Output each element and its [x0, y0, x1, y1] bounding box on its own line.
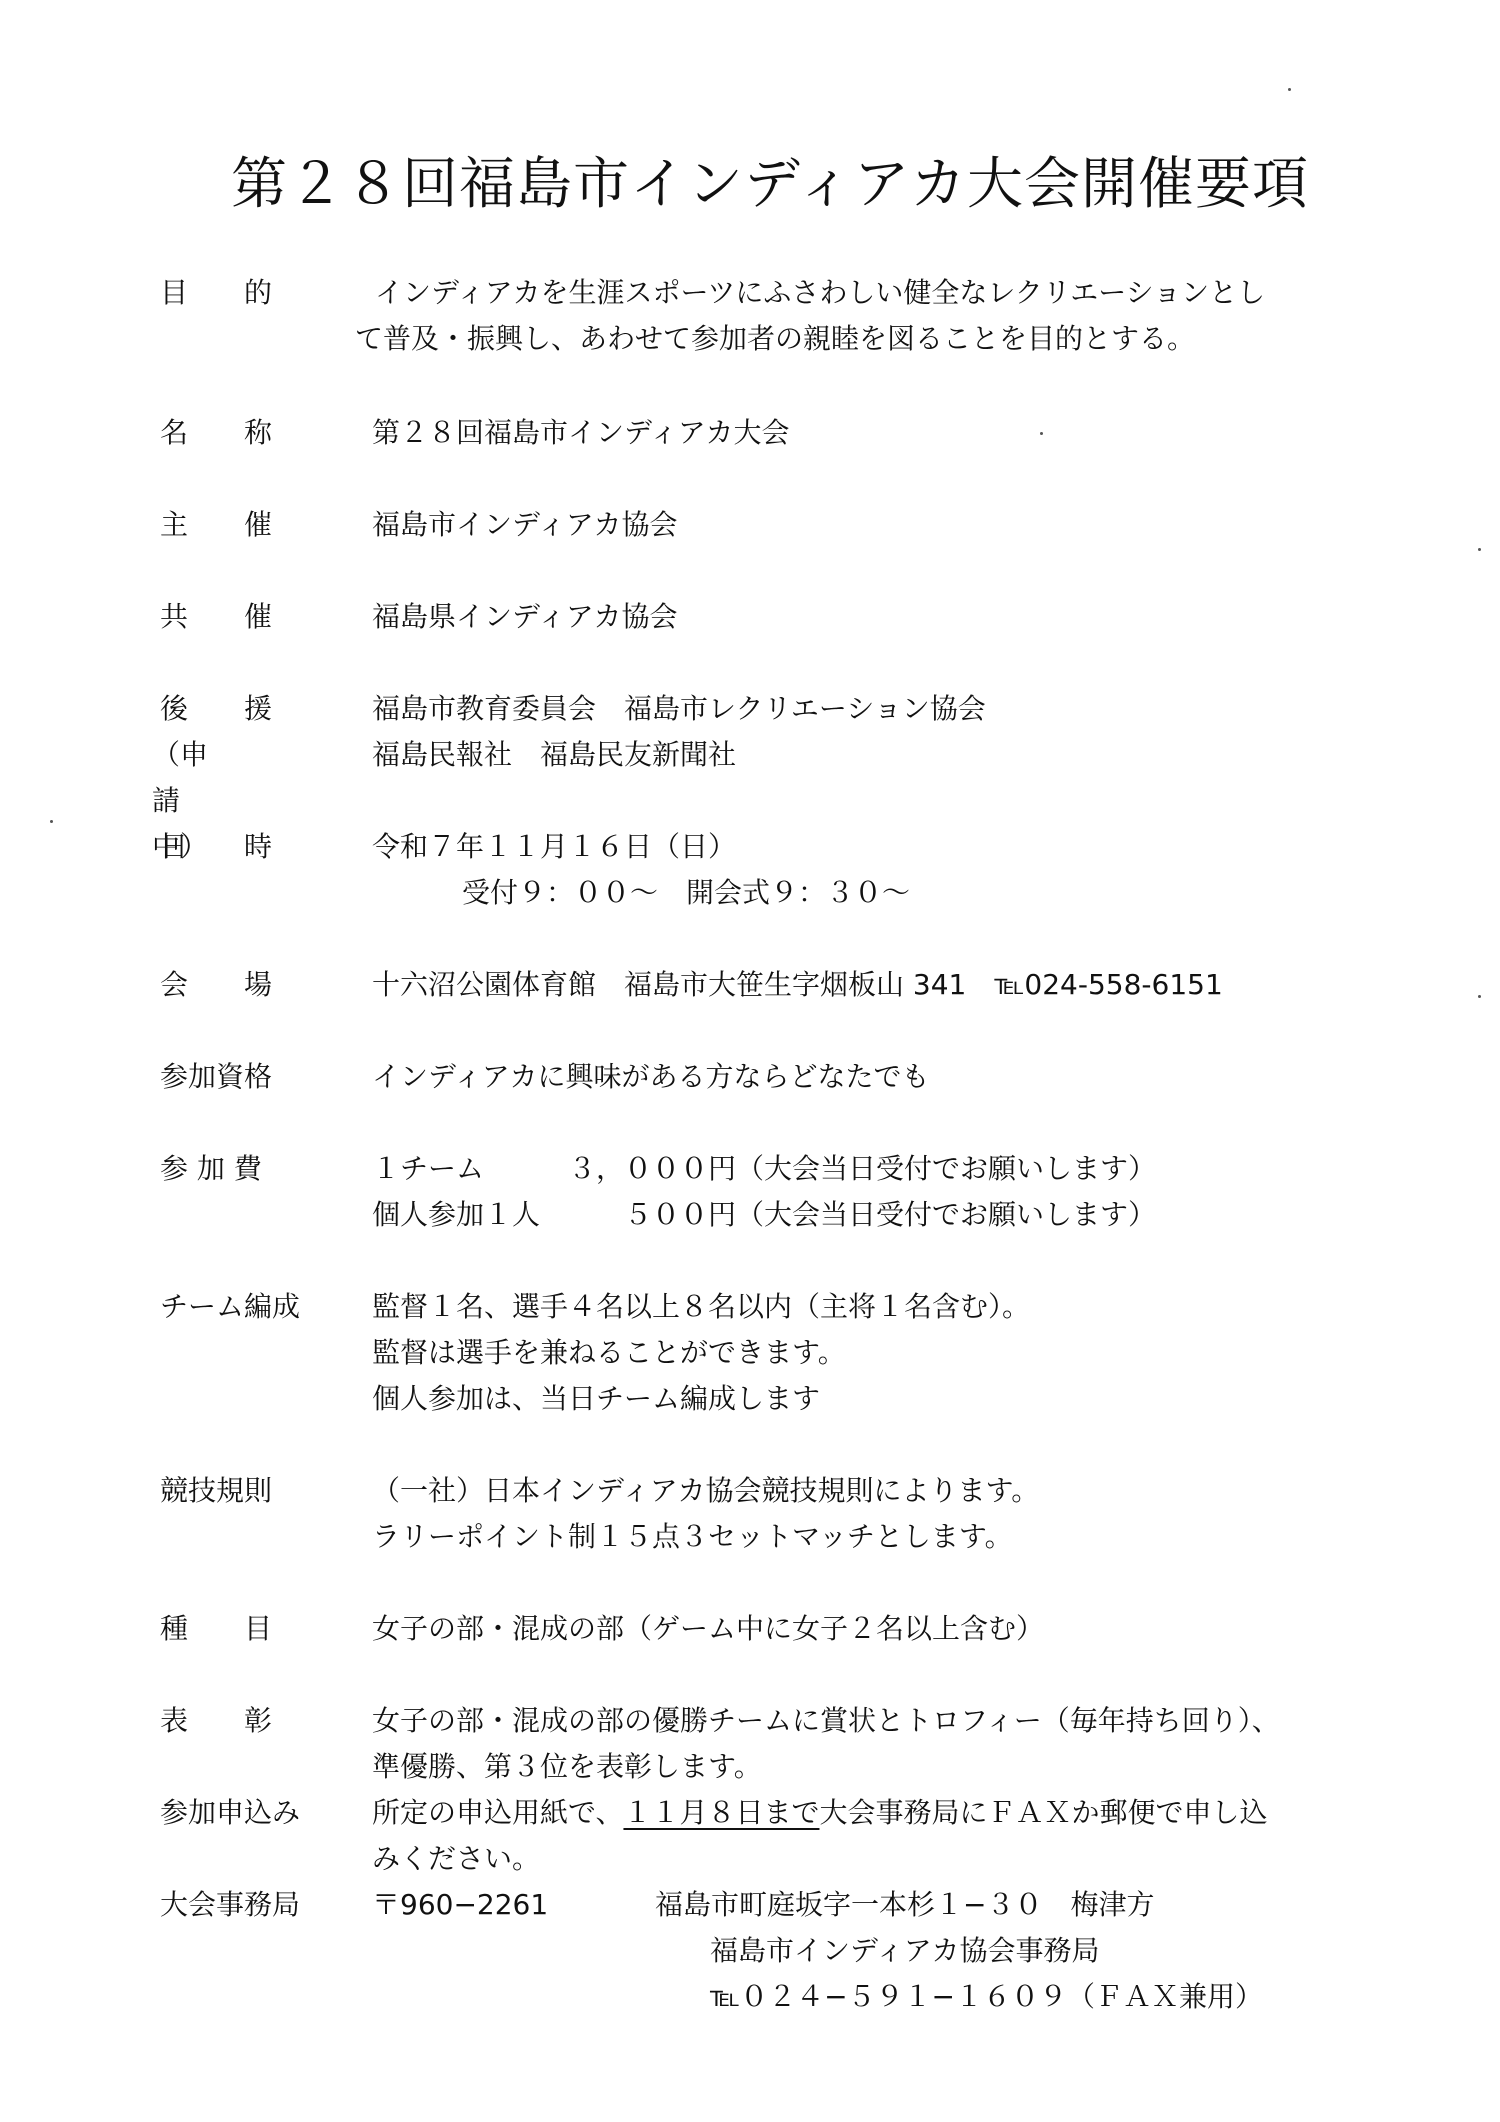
- postal-code: 〒960−2261: [372, 1882, 548, 1928]
- label-name: 名 称: [160, 410, 320, 456]
- label-application: 参加申込み: [160, 1790, 320, 1836]
- scan-speck: [1040, 432, 1043, 435]
- fee-team: １チーム ３，０００円（大会当日受付でお願いします）: [372, 1146, 1156, 1192]
- rules-line-1: （一社）日本インディアカ協会競技規則によります。: [372, 1468, 1039, 1514]
- scan-speck: [1288, 88, 1291, 91]
- rules-line-2: ラリーポイント制１５点３セットマッチとします。: [372, 1514, 1039, 1560]
- team-line-3: 個人参加は、当日チーム編成します: [372, 1376, 1030, 1422]
- scan-speck: [1478, 995, 1481, 998]
- label-purpose: 目 的: [160, 270, 320, 316]
- label-eligibility: 参加資格: [160, 1054, 320, 1100]
- event-date: 令和７年１１月１６日（日）: [372, 824, 910, 870]
- label-venue: 会 場: [160, 962, 320, 1008]
- label-fee: 参 加 費: [160, 1146, 320, 1192]
- team-line-1: 監督１名、選手４名以上８名以内（主将１名含む）。: [372, 1284, 1030, 1330]
- application-line-1: 所定の申込用紙で、１１月８日まで大会事務局にＦＡＸか郵便で申し込: [372, 1790, 1267, 1836]
- categories: 女子の部・混成の部（ゲーム中に女子２名以上含む）: [372, 1606, 1044, 1652]
- scan-speck: [50, 820, 53, 823]
- label-team-composition: チーム編成: [160, 1284, 320, 1330]
- label-organizer: 主 催: [160, 502, 320, 548]
- event-times: 受付９：００～ 開会式９：３０～: [372, 870, 910, 916]
- event-name: 第２８回福島市インディアカ大会: [372, 410, 789, 456]
- purpose-line-1: インディアカを生涯スポーツにふさわしい健全なレクリエーションとし: [375, 270, 1265, 316]
- scan-speck: [1478, 548, 1481, 551]
- page-title: 第２８回福島市インディアカ大会開催要項: [0, 140, 1500, 220]
- organizer: 福島市インディアカ協会: [372, 502, 677, 548]
- label-awards: 表 彰: [160, 1698, 320, 1744]
- awards-line-2: 準優勝、第３位を表彰します。: [372, 1744, 1280, 1790]
- label-categories: 種 目: [160, 1606, 320, 1652]
- support-line-2: 福島民報社 福島民友新聞社: [372, 732, 986, 778]
- eligibility: インディアカに興味がある方ならどなたでも: [372, 1054, 929, 1100]
- venue: 十六沼公園体育館 福島市大笹生字烟板山 341 ℡024-558-6151: [372, 962, 1223, 1008]
- application-deadline: １１月８日まで: [623, 1796, 819, 1829]
- label-secretariat: 大会事務局: [160, 1882, 320, 1928]
- support-line-1: 福島市教育委員会 福島市レクリエーション協会: [372, 686, 986, 732]
- fee-individual: 個人参加１人 ５００円（大会当日受付でお願いします）: [372, 1192, 1156, 1238]
- secretariat-phone: ℡０２４−５９１−１６０９（ＦＡＸ兼用）: [655, 1974, 1263, 2020]
- team-line-2: 監督は選手を兼ねることができます。: [372, 1330, 1030, 1376]
- application-line-2: みください。: [372, 1836, 1267, 1882]
- co-organizer: 福島県インディアカ協会: [372, 594, 677, 640]
- secretariat-address: 福島市町庭坂字一本杉１−３０ 梅津方: [655, 1882, 1263, 1928]
- label-co-organizer: 共 催: [160, 594, 320, 640]
- label-rules: 競技規則: [160, 1468, 320, 1514]
- awards-line-1: 女子の部・混成の部の優勝チームに賞状とトロフィー（毎年持ち回り）、: [372, 1698, 1280, 1744]
- purpose-line-2: て普及・振興し、あわせて参加者の親睦を図ることを目的とする。: [355, 316, 1265, 362]
- label-support: 後 援: [160, 686, 320, 732]
- secretariat-name: 福島市インディアカ協会事務局: [655, 1928, 1263, 1974]
- label-datetime: 日 時: [160, 824, 320, 870]
